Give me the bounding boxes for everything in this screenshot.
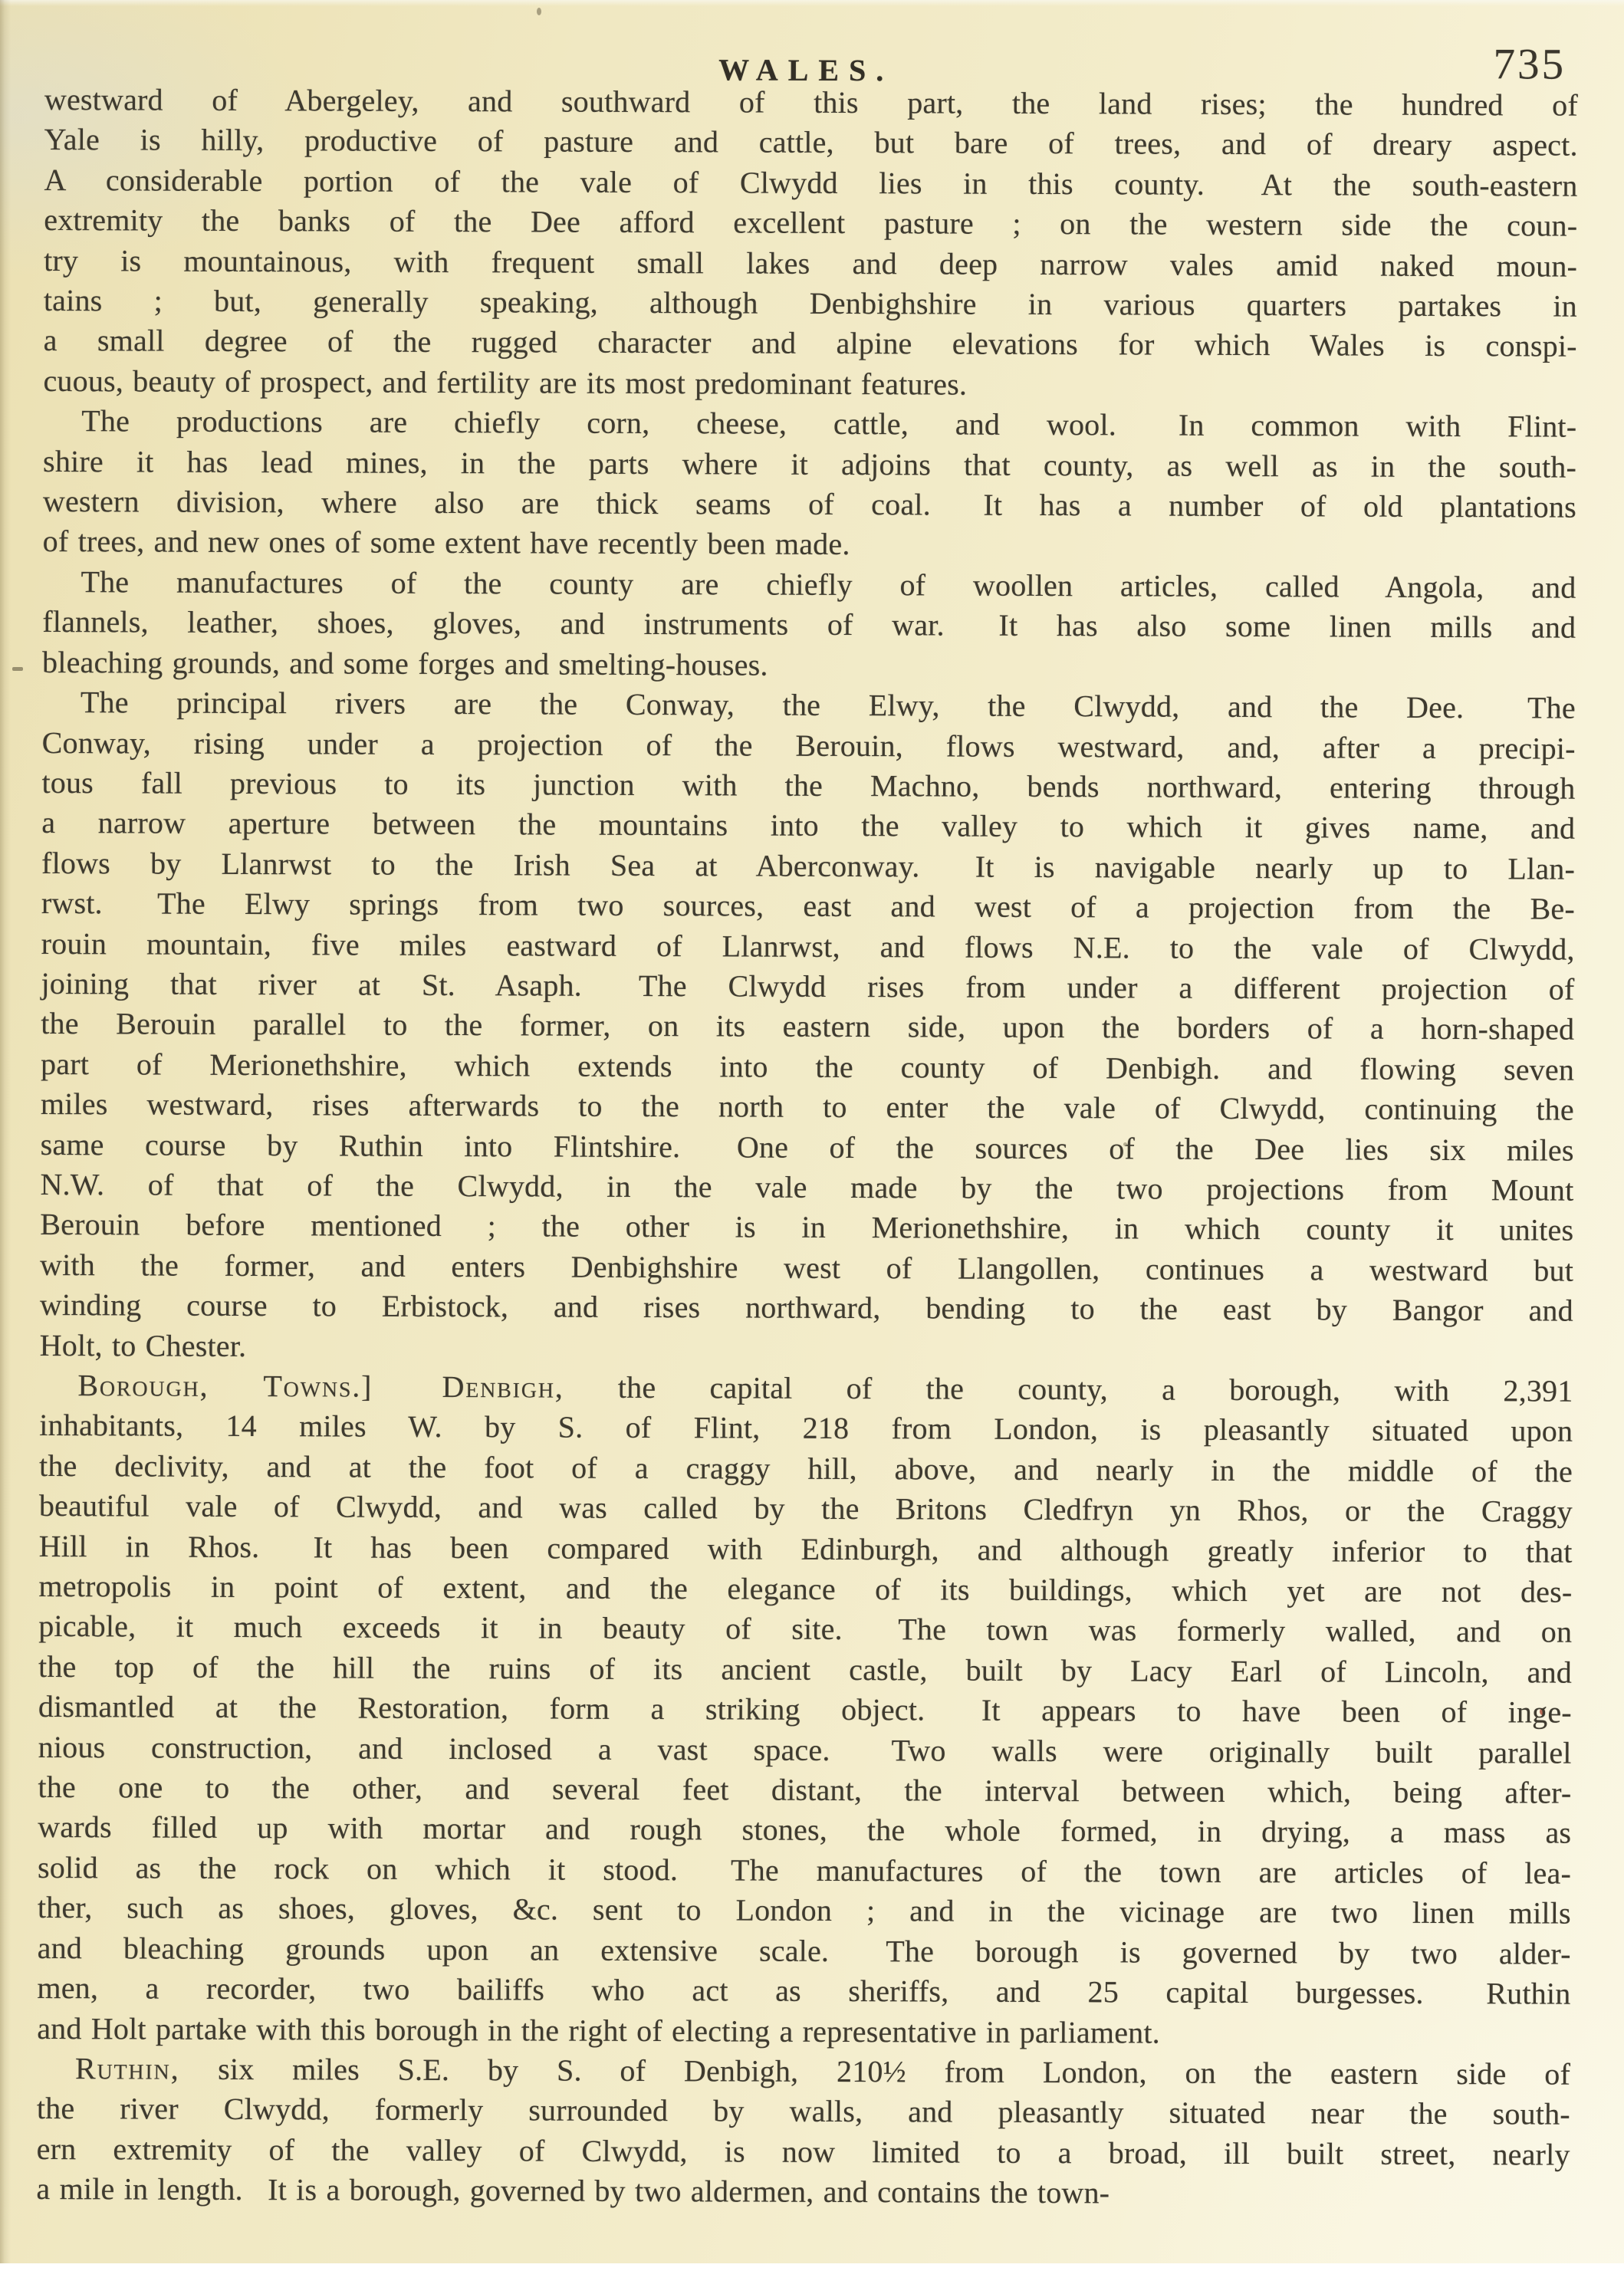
- text-line: picable, it much exceeds it in beauty of…: [38, 1606, 1572, 1652]
- text-line: flows by Llanrwst to the Irish Sea at Ab…: [41, 843, 1575, 889]
- text-line: cuous, beauty of prospect, and fertility…: [43, 361, 1576, 407]
- paragraph: Borough, Towns.] Denbigh, the capital of…: [37, 1366, 1573, 2055]
- text-line: Yale is hilly, productive of pasture and…: [44, 120, 1578, 166]
- text-line: ther, such as shoes, gloves, &c. sent to…: [38, 1888, 1571, 1934]
- text-line: extremity the banks of the Dee afford ex…: [44, 200, 1577, 246]
- paragraph: Ruthin, six miles S.E. by S. of Denbigh,…: [36, 2049, 1570, 2215]
- text-line: the declivity, and at the foot of a crag…: [39, 1446, 1573, 1492]
- text-line: Ruthin, six miles S.E. by S. of Denbigh,…: [37, 2049, 1570, 2095]
- text-line: rwst. The Elwy springs from two sources,…: [41, 883, 1575, 929]
- page-header: WALES. 735: [44, 0, 1578, 86]
- text-line: beautiful vale of Clwydd, and was called…: [39, 1486, 1573, 1532]
- text-line: of trees, and new ones of some extent ha…: [43, 521, 1576, 567]
- paper-sheet: WALES. 735 westward of Abergeley, and so…: [0, 0, 1624, 2263]
- text-line: Conway, rising under a projection of the…: [42, 722, 1576, 768]
- text-line: Hill in Rhos. It has been compared with …: [39, 1527, 1573, 1573]
- text-line: Holt, to Chester.: [40, 1326, 1573, 1372]
- text-line: same course by Ruthin into Flintshire. O…: [41, 1125, 1574, 1171]
- text-line: the Berouin parallel to the former, on i…: [41, 1004, 1574, 1050]
- text-line: the one to the other, and several feet d…: [38, 1767, 1571, 1813]
- text-line: flannels, leather, shoes, gloves, and in…: [42, 602, 1576, 648]
- paragraph: The manufactures of the county are chief…: [42, 562, 1576, 689]
- text-line: try is mountainous, with frequent small …: [44, 241, 1577, 287]
- page-number: 735: [1493, 39, 1566, 89]
- text-line: and Holt partake with this borough in th…: [37, 2008, 1570, 2054]
- text-line: The principal rivers are the Conway, the…: [42, 682, 1576, 728]
- text-line: winding course to Erbistock, and rises n…: [40, 1285, 1573, 1331]
- paper-speck: [12, 667, 23, 671]
- text-line: Borough, Towns.] Denbigh, the capital of…: [39, 1366, 1573, 1412]
- page-body: westward of Abergeley, and southward of …: [36, 80, 1578, 2215]
- text-line: tains ; but, generally speaking, althoug…: [44, 281, 1577, 327]
- town-name-denbigh: Denbigh,: [442, 1369, 564, 1405]
- text-line: rouin mountain, five miles eastward of L…: [41, 924, 1575, 970]
- text-line: and bleaching grounds upon an extensive …: [38, 1928, 1571, 1974]
- text-line: part of Merionethshire, which extends in…: [41, 1044, 1574, 1090]
- text-line: wards filled up with mortar and rough st…: [38, 1807, 1571, 1853]
- text-line: western division, where also are thick s…: [43, 481, 1576, 527]
- text-line: a narrow aperture between the mountains …: [41, 803, 1575, 849]
- text-line: A considerable portion of the vale of Cl…: [44, 160, 1577, 206]
- text-line: The productions are chiefly corn, cheese…: [43, 401, 1576, 447]
- text-line: joining that river at St. Asaph. The Clw…: [41, 964, 1574, 1010]
- text-line: westward of Abergeley, and southward of …: [44, 80, 1578, 126]
- text-line: the top of the hill the ruins of its anc…: [38, 1647, 1572, 1693]
- text-line: dismantled at the Restoration, form a st…: [38, 1687, 1572, 1733]
- text-line: tous fall previous to its junction with …: [41, 763, 1575, 809]
- text-line: ern extremity of the valley of Clwydd, i…: [37, 2129, 1570, 2175]
- text-line: a mile in length. It is a borough, gover…: [36, 2169, 1570, 2215]
- section-label-borough-towns: Borough, Towns.]: [77, 1368, 373, 1403]
- text-line: inhabitants, 14 miles W. by S. of Flint,…: [39, 1405, 1573, 1451]
- text-line: nious construction, and inclosed a vast …: [38, 1727, 1572, 1773]
- paper-left-edge: [0, 0, 11, 2263]
- town-name-ruthin: Ruthin,: [75, 2051, 180, 2086]
- paragraph: The principal rivers are the Conway, the…: [40, 682, 1576, 1372]
- book-page: WALES. 735 westward of Abergeley, and so…: [0, 0, 1624, 2271]
- text-line: a small degree of the rugged character a…: [44, 320, 1577, 366]
- text-line: Berouin before mentioned ; the other is …: [40, 1205, 1573, 1251]
- text-line: the river Clwydd, formerly surrounded by…: [37, 2089, 1570, 2135]
- text-line: men, a recorder, two bailiffs who act as…: [37, 1968, 1570, 2014]
- text-line: miles westward, rises afterwards to the …: [41, 1084, 1574, 1130]
- text-line: The manufactures of the county are chief…: [42, 562, 1576, 608]
- text-line: bleaching grounds, and some forges and s…: [42, 643, 1576, 689]
- text-line: metropolis in point of extent, and the e…: [38, 1566, 1572, 1612]
- text-line: N.W. of that of the Clwydd, in the vale …: [40, 1165, 1573, 1211]
- paragraph: The productions are chiefly corn, cheese…: [43, 401, 1577, 567]
- text-line: with the former, and enters Denbighshire…: [40, 1245, 1573, 1291]
- text-line: solid as the rock on which it stood. The…: [38, 1848, 1571, 1894]
- text-line: shire it has lead mines, in the parts wh…: [43, 442, 1576, 488]
- paragraph: westward of Abergeley, and southward of …: [43, 80, 1578, 407]
